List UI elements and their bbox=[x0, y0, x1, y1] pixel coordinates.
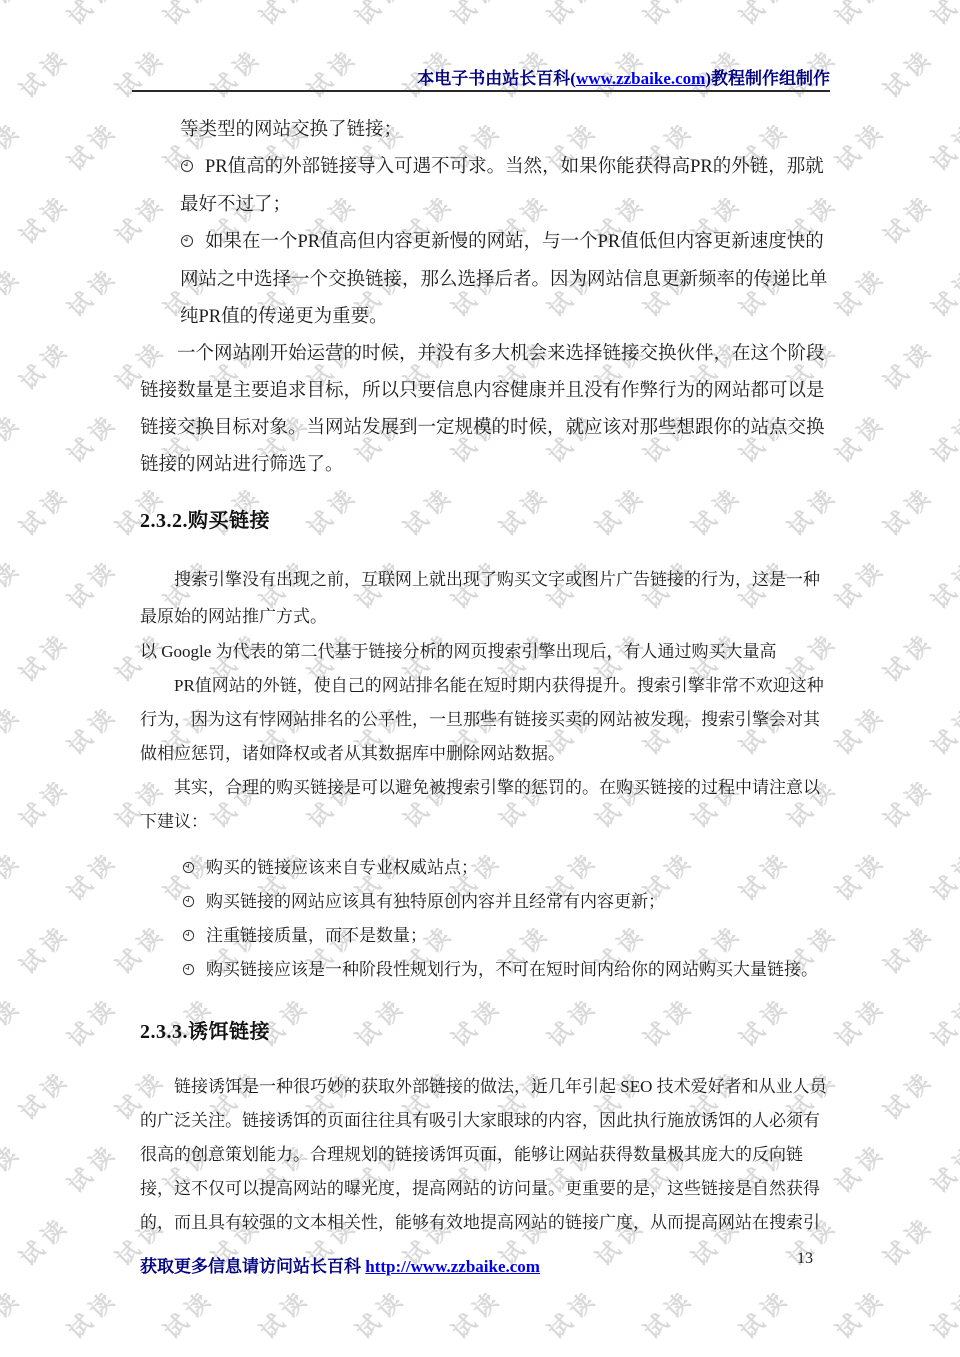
list-item: PR值高的外部链接导入可遇不可求。当然，如果你能获得高PR的外链，那就最好不过了… bbox=[180, 149, 830, 224]
watermark-text: 试读 bbox=[0, 842, 29, 908]
watermark-text: 试读 bbox=[635, 0, 701, 31]
watermark-text: 试读 bbox=[155, 0, 221, 31]
watermark-text: 试读 bbox=[347, 1280, 413, 1346]
watermark-text: 试读 bbox=[923, 258, 960, 324]
advice-list: 购买的链接应该来自专业权威站点； 购买链接的网站应该具有独特原创内容并且经常有内… bbox=[140, 851, 830, 987]
list-item-text: 购买链接应该是一种阶段性规划行为，不可在短时间内给你的网站购买大量链接。 bbox=[206, 960, 818, 979]
list-item-text: 如果在一个PR值高但内容更新慢的网站，与一个PR值低但内容更新速度快的网站之中选… bbox=[180, 232, 828, 327]
paragraph: 链接诱饵是一种很巧妙的获取外部链接的做法，近几年引起 SEO 技术爱好者和从业人… bbox=[140, 1070, 830, 1240]
watermark-text: 试读 bbox=[923, 1134, 960, 1200]
list-item: 购买链接应该是一种阶段性规划行为，不可在短时间内给你的网站购买大量链接。 bbox=[182, 953, 830, 987]
watermark-text: 试读 bbox=[11, 39, 77, 105]
watermark-text: 试读 bbox=[0, 258, 29, 324]
watermark-text: 试读 bbox=[443, 0, 509, 31]
watermark-text: 试读 bbox=[0, 112, 29, 178]
list-item: 购买的链接应该来自专业权威站点； bbox=[182, 851, 830, 885]
watermark-text: 试读 bbox=[827, 696, 893, 762]
clock-bullet-icon bbox=[182, 852, 195, 885]
paragraph: PR值网站的外链，使自己的网站排名能在短时期内获得提升。搜索引擎非常不欢迎这种行… bbox=[140, 669, 830, 771]
page-number: 13 bbox=[797, 1250, 813, 1268]
section-heading-2-3-3: 2.3.3.诱饵链接 bbox=[140, 1015, 830, 1044]
watermark-text: 试读 bbox=[875, 1061, 941, 1127]
watermark-text: 试读 bbox=[11, 1207, 77, 1273]
watermark-text: 试读 bbox=[875, 623, 941, 689]
clock-bullet-icon bbox=[180, 225, 194, 262]
watermark-text: 试读 bbox=[875, 331, 941, 397]
watermark-text: 试读 bbox=[347, 0, 413, 31]
watermark-text: 试读 bbox=[923, 550, 960, 616]
clock-bullet-icon bbox=[182, 886, 195, 919]
list-item: 注重链接质量，而不是数量； bbox=[182, 919, 830, 953]
watermark-text: 试读 bbox=[875, 1207, 941, 1273]
watermark-text: 试读 bbox=[539, 0, 605, 31]
paragraph: 其实，合理的购买链接是可以避免被搜索引擎的惩罚的。在购买链接的过程中请注意以下建… bbox=[140, 771, 830, 839]
watermark-text: 试读 bbox=[59, 1134, 125, 1200]
watermark-text: 试读 bbox=[923, 404, 960, 470]
page-body: 等类型的网站交换了链接； PR值高的外部链接导入可遇不可求。当然，如果你能获得高… bbox=[140, 112, 830, 1240]
list-item: 购买链接的网站应该具有独特原创内容并且经常有内容更新； bbox=[182, 885, 830, 919]
watermark-text: 试读 bbox=[923, 0, 960, 31]
header-divider bbox=[132, 90, 830, 92]
watermark-text: 试读 bbox=[635, 1280, 701, 1346]
watermark-text: 试读 bbox=[923, 1280, 960, 1346]
watermark-text: 试读 bbox=[59, 842, 125, 908]
watermark-text: 试读 bbox=[827, 1134, 893, 1200]
watermark-text: 试读 bbox=[827, 550, 893, 616]
list-item-text: 注重链接质量，而不是数量； bbox=[206, 926, 427, 945]
header-site-link[interactable]: www.zzbaike.com bbox=[576, 69, 705, 88]
continuation-line: 等类型的网站交换了链接； bbox=[140, 112, 830, 149]
watermark-text: 试读 bbox=[923, 112, 960, 178]
ebook-page: { "page": { "header": { "prefix": "本电子书由… bbox=[0, 0, 960, 1357]
watermark-text: 试读 bbox=[923, 842, 960, 908]
watermark-text: 试读 bbox=[731, 1280, 797, 1346]
watermark-text: 试读 bbox=[59, 696, 125, 762]
clock-bullet-icon bbox=[182, 954, 195, 987]
header-text-prefix: 本电子书由站长百科( bbox=[417, 69, 576, 88]
header-text-suffix: )教程制作组制作 bbox=[705, 69, 830, 88]
watermark-text: 试读 bbox=[827, 988, 893, 1054]
watermark-text: 试读 bbox=[59, 112, 125, 178]
watermark-text: 试读 bbox=[923, 988, 960, 1054]
watermark-text: 试读 bbox=[827, 842, 893, 908]
watermark-text: 试读 bbox=[923, 696, 960, 762]
section-heading-2-3-2: 2.3.2.购买链接 bbox=[140, 504, 830, 533]
watermark-text: 试读 bbox=[827, 0, 893, 31]
watermark-text: 试读 bbox=[251, 0, 317, 31]
watermark-text: 试读 bbox=[875, 185, 941, 251]
watermark-text: 试读 bbox=[59, 258, 125, 324]
watermark-text: 试读 bbox=[827, 404, 893, 470]
paragraph: 一个网站刚开始运营的时候，并没有多大机会来选择链接交换伙伴，在这个阶段链接数量是… bbox=[140, 336, 830, 484]
watermark-text: 试读 bbox=[59, 0, 125, 31]
watermark-text: 试读 bbox=[0, 404, 29, 470]
watermark-text: 试读 bbox=[11, 185, 77, 251]
watermark-text: 试读 bbox=[11, 331, 77, 397]
watermark-text: 试读 bbox=[11, 915, 77, 981]
watermark-text: 试读 bbox=[11, 1061, 77, 1127]
watermark-text: 试读 bbox=[59, 550, 125, 616]
watermark-text: 试读 bbox=[827, 112, 893, 178]
watermark-text: 试读 bbox=[0, 1280, 29, 1346]
footer-site-link[interactable]: http://www.zzbaike.com bbox=[365, 1257, 540, 1276]
list-item: 如果在一个PR值高但内容更新慢的网站，与一个PR值低但内容更新速度快的网站之中选… bbox=[180, 224, 830, 336]
watermark-text: 试读 bbox=[875, 915, 941, 981]
clock-bullet-icon bbox=[180, 150, 194, 187]
watermark-text: 试读 bbox=[59, 1280, 125, 1346]
watermark-text: 试读 bbox=[11, 769, 77, 835]
watermark-text: 试读 bbox=[875, 769, 941, 835]
watermark-text: 试读 bbox=[0, 550, 29, 616]
watermark-text: 试读 bbox=[11, 623, 77, 689]
watermark-text: 试读 bbox=[0, 0, 29, 31]
watermark-text: 试读 bbox=[0, 696, 29, 762]
paragraph-no-indent: 以 Google 为代表的第二代基于链接分析的网页搜索引擎出现后，有人通过购买大… bbox=[140, 635, 830, 669]
paragraph: 搜索引擎没有出现之前，互联网上就出现了购买文字或图片广告链接的行为，这是一种最原… bbox=[140, 561, 830, 635]
watermark-text: 试读 bbox=[0, 988, 29, 1054]
page-footer: 获取更多信息请访问站长百科 http://www.zzbaike.com bbox=[140, 1252, 830, 1277]
watermark-text: 试读 bbox=[827, 258, 893, 324]
watermark-text: 试读 bbox=[827, 1280, 893, 1346]
page-header: 本电子书由站长百科(www.zzbaike.com)教程制作组制作 bbox=[140, 64, 830, 89]
watermark-text: 试读 bbox=[443, 1280, 509, 1346]
watermark-text: 试读 bbox=[59, 988, 125, 1054]
watermark-text: 试读 bbox=[539, 1280, 605, 1346]
list-item-text: 购买的链接应该来自专业权威站点； bbox=[206, 858, 478, 877]
footer-text: 获取更多信息请访问站长百科 bbox=[140, 1257, 365, 1276]
watermark-text: 试读 bbox=[59, 404, 125, 470]
watermark-text: 试读 bbox=[875, 477, 941, 543]
watermark-text: 试读 bbox=[251, 1280, 317, 1346]
clock-bullet-icon bbox=[182, 920, 195, 953]
watermark-text: 试读 bbox=[0, 1134, 29, 1200]
watermark-text: 试读 bbox=[731, 0, 797, 31]
watermark-text: 试读 bbox=[155, 1280, 221, 1346]
list-item-text: 购买链接的网站应该具有独特原创内容并且经常有内容更新； bbox=[206, 892, 665, 911]
watermark-text: 试读 bbox=[875, 39, 941, 105]
watermark-text: 试读 bbox=[11, 477, 77, 543]
list-item-text: PR值高的外部链接导入可遇不可求。当然，如果你能获得高PR的外链，那就最好不过了… bbox=[180, 157, 824, 215]
